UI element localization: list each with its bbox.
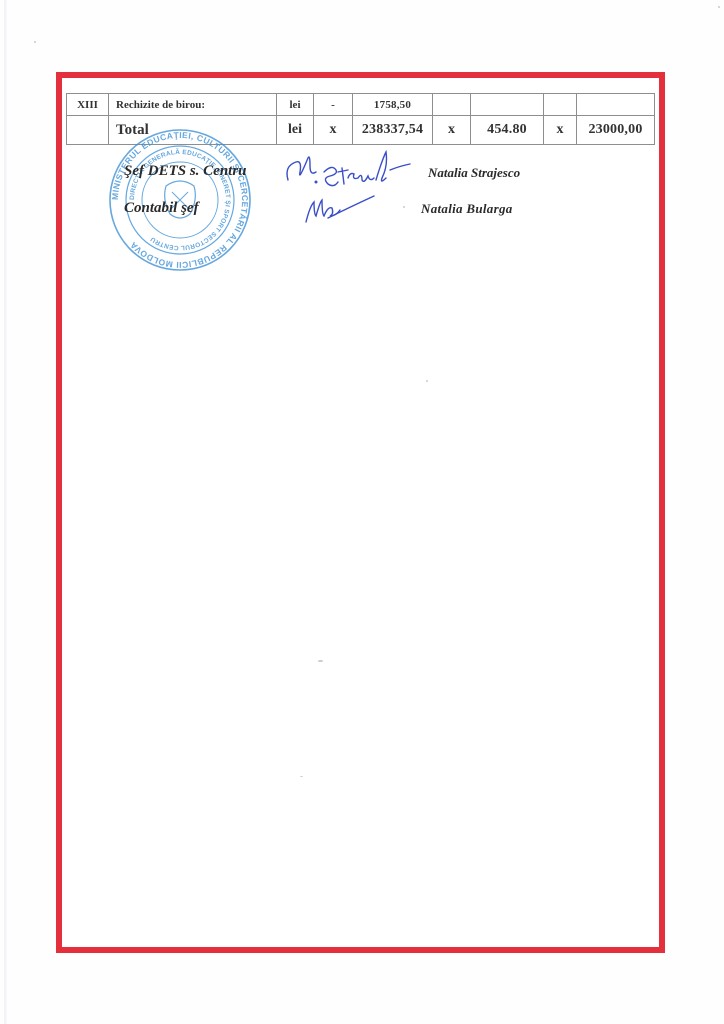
- row-col7: 454.80: [471, 116, 544, 145]
- scan-speck: [718, 6, 720, 8]
- handwritten-signature-icon: [282, 150, 412, 190]
- row-index: [67, 116, 109, 145]
- scanned-document-page: XIII Rechizite de birou: lei - 1758,50 T…: [0, 0, 724, 1024]
- signer-role-accountant: Contabil şef: [124, 200, 199, 217]
- row-col6: x: [433, 116, 471, 145]
- row-col9: [577, 94, 655, 116]
- row-amount: 1758,50: [353, 94, 433, 116]
- scan-speck: [34, 41, 36, 43]
- signer-name-accountant: Natalia Bularga: [421, 201, 513, 217]
- row-unit: lei: [277, 116, 314, 145]
- row-amount: 238337,54: [353, 116, 433, 145]
- row-col8: [544, 94, 577, 116]
- scan-edge-shadow: [4, 0, 7, 1024]
- row-mark: x: [314, 116, 353, 145]
- row-index: XIII: [67, 94, 109, 116]
- scan-speck: [300, 776, 303, 777]
- row-col9: 23000,00: [577, 116, 655, 145]
- row-col7: [471, 94, 544, 116]
- signer-name-head: Natalia Strajesco: [428, 165, 520, 181]
- row-col6: [433, 94, 471, 116]
- signer-role-head: Şef DETS s. Centru: [124, 163, 247, 180]
- scan-speck: [426, 380, 428, 382]
- row-col8: x: [544, 116, 577, 145]
- scan-speck: [318, 660, 323, 662]
- row-description: Rechizite de birou:: [109, 94, 277, 116]
- handwritten-signature-icon: [298, 192, 378, 226]
- row-mark: -: [314, 94, 353, 116]
- table-row: XIII Rechizite de birou: lei - 1758,50: [67, 94, 655, 116]
- scan-speck: [403, 206, 405, 208]
- row-unit: lei: [277, 94, 314, 116]
